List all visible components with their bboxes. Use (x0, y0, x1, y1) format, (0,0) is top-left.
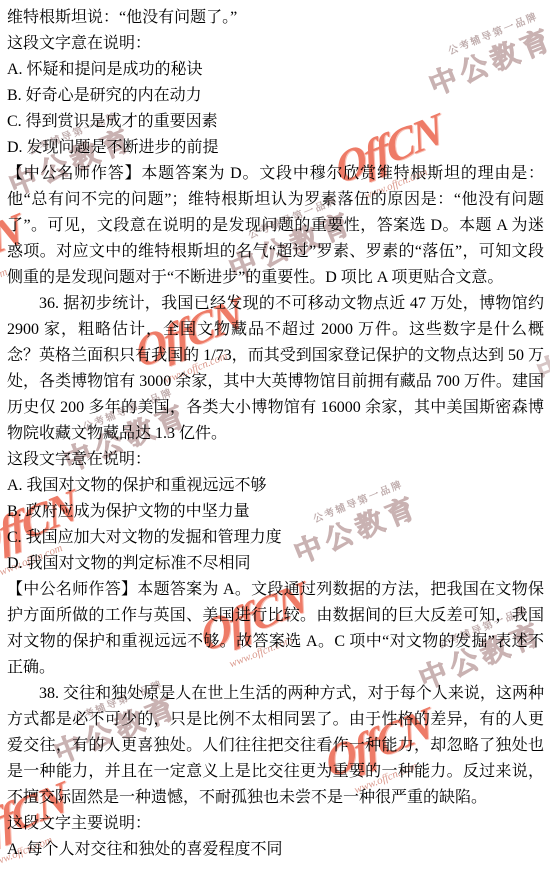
q36-option-d: D. 我国对文物的判定标准不尽相同 (7, 551, 544, 577)
q35-option-d: D. 发现问题是不断进步的前提 (7, 135, 544, 161)
q36-prompt: 这段文字意在说明： (7, 447, 544, 473)
q38-option-a: A. 每个人对交往和独处的喜爱程度不同 (7, 837, 544, 863)
q36-stem: 36. 据初步统计，我国已经发现的不可移动文物点近 47 万处，博物馆约 290… (7, 291, 544, 447)
q35-option-b: B. 好奇心是研究的内在动力 (7, 83, 544, 109)
q35-option-c: C. 得到赏识是成才的重要因素 (7, 109, 544, 135)
q36-teacher-answer: 【中公名师作答】本题答案为 A。文段通过列数据的方法，把我国在文物保护方面所做的… (7, 577, 544, 681)
q35-prompt: 这段文字意在说明： (7, 31, 544, 57)
document-text: 维特根斯坦说：“他没有问题了。” 这段文字意在说明： A. 怀疑和提问是成功的秘… (0, 0, 550, 896)
q35-option-a: A. 怀疑和提问是成功的秘诀 (7, 57, 544, 83)
q36-option-b: B. 政府应成为保护文物的中坚力量 (7, 499, 544, 525)
document-page: 公考辅导第一品牌 中公教育 OffCN www.offcn.com 公考辅导第一… (0, 0, 550, 896)
q38-prompt: 这段文字主要说明： (7, 811, 544, 837)
passage-35-tail-line: 维特根斯坦说：“他没有问题了。” (7, 5, 544, 31)
q36-option-c: C. 我国应加大对文物的发掘和管理力度 (7, 525, 544, 551)
q35-teacher-answer: 【中公名师作答】本题答案为 D。文段中穆尔欣赏维特根斯坦的理由是：他“总有问不完… (7, 161, 544, 291)
q36-option-a: A. 我国对文物的保护和重视远远不够 (7, 473, 544, 499)
q38-stem: 38. 交往和独处原是人在世上生活的两种方式，对于每个人来说，这两种方式都是必不… (7, 681, 544, 811)
